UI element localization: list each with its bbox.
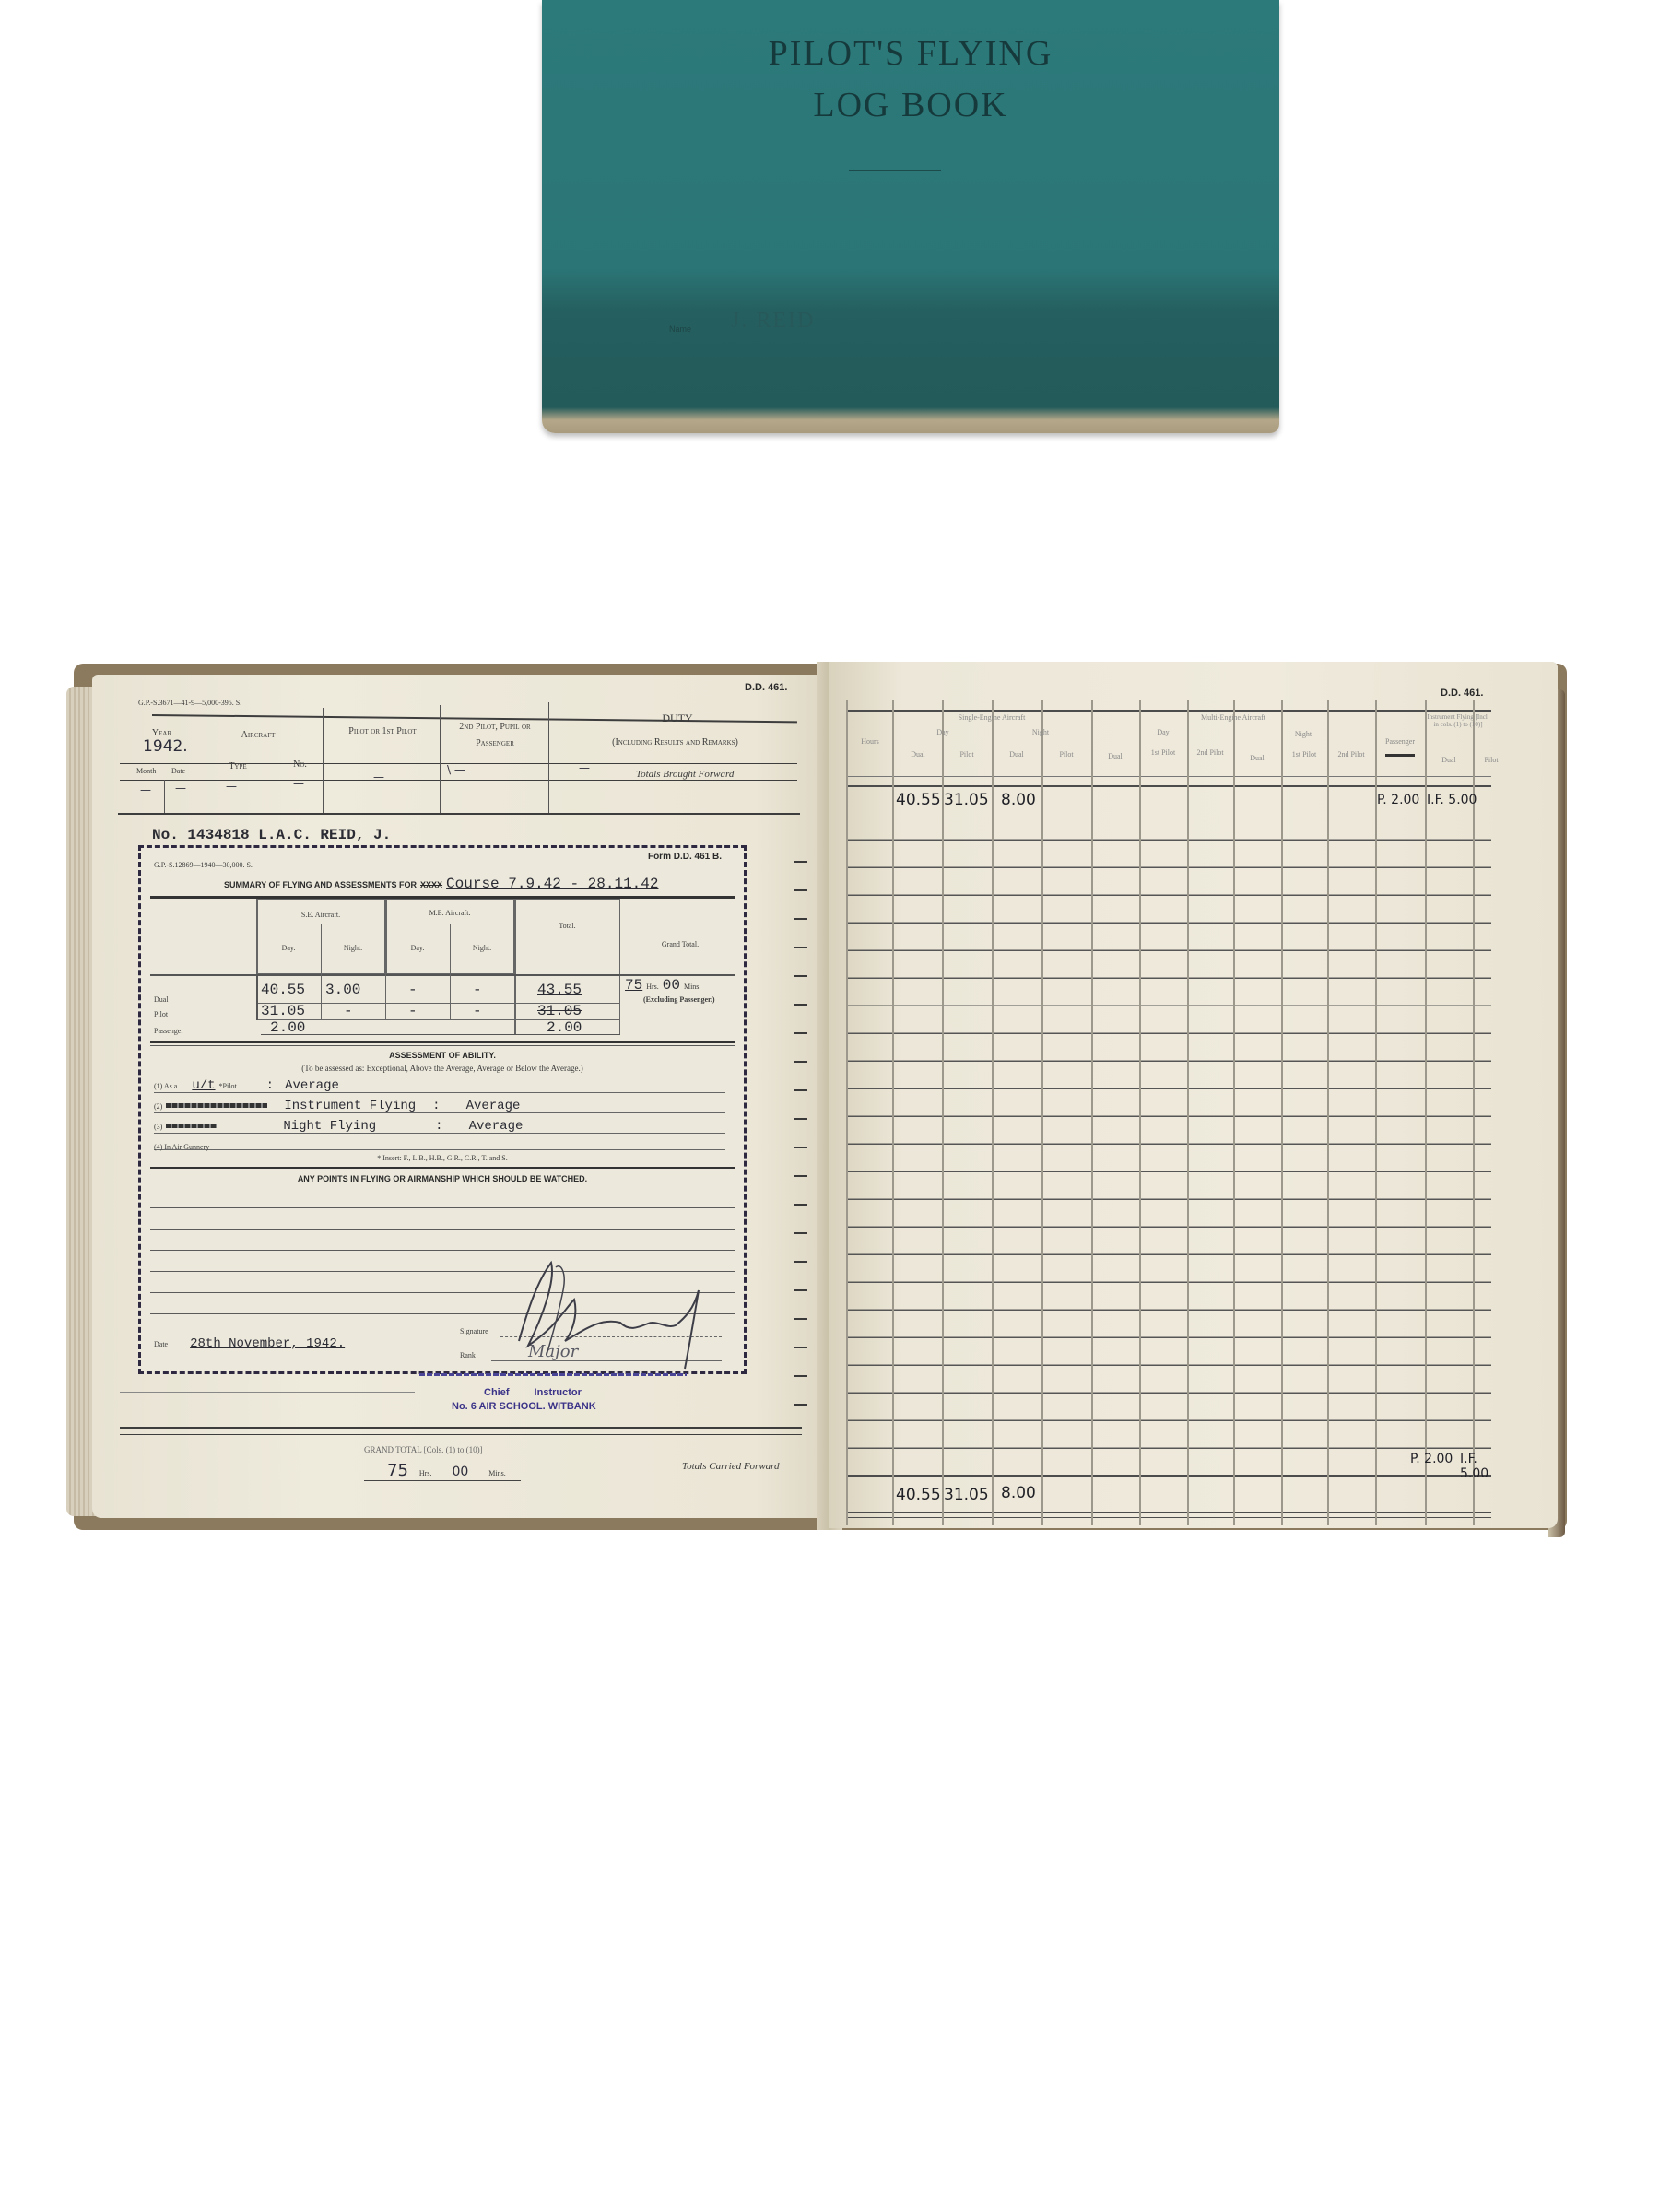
pilot-se-night: - xyxy=(344,1003,353,1019)
margin-ticks xyxy=(794,834,807,1424)
grid-line xyxy=(194,724,194,813)
cf-instrument: I.F. 5.00 xyxy=(1460,1452,1491,1481)
row-duty: — xyxy=(579,761,590,774)
grand-total-note: (Excluding Passenger.) xyxy=(643,995,726,1004)
card-rule xyxy=(150,1250,735,1251)
col-me-night-dual: Dual xyxy=(1233,754,1281,762)
assessment-role: u/t xyxy=(192,1078,215,1093)
grid-line xyxy=(450,974,451,1020)
assessment-role: Night Flying xyxy=(283,1119,376,1134)
grid-line xyxy=(256,974,258,1020)
grid-line xyxy=(1091,700,1093,1525)
pilot-label: Pilot or 1st Pilot xyxy=(332,726,433,736)
cover-name-label: Name xyxy=(669,324,691,334)
card-rule xyxy=(150,974,735,976)
row-type: — xyxy=(226,780,237,793)
stamp-rule xyxy=(419,1373,687,1376)
grid-line xyxy=(942,700,944,1525)
grid-line xyxy=(120,1392,415,1393)
card-rule xyxy=(150,1045,735,1046)
grid-line xyxy=(164,780,165,813)
card-rule xyxy=(150,1229,735,1230)
passenger-underline xyxy=(1385,754,1415,757)
type-label: Type xyxy=(201,761,275,771)
pilot-total: 31.05 xyxy=(537,1003,582,1019)
grid-line xyxy=(323,708,324,813)
grand-total-mins: 00 xyxy=(663,977,680,994)
duty-label: DUTY xyxy=(562,712,793,725)
card-print-code: G.P.-S.12869—1940—30,000. S. xyxy=(154,861,253,869)
se-night-label: Night. xyxy=(321,944,385,952)
grid-line xyxy=(321,974,322,1020)
card-title-line: SUMMARY OF FLYING AND ASSESSMENTS FOR XX… xyxy=(224,876,658,892)
grid-line xyxy=(1233,700,1235,1525)
cf-se-day-pilot: 31.05 xyxy=(944,1486,989,1504)
bf-se-day-pilot: 31.05 xyxy=(944,791,989,809)
assessment-sep: : xyxy=(266,1078,274,1093)
assessment-row-1: (1) As a u/t *Pilot : Average xyxy=(154,1077,725,1093)
right-page-grid: Hours Single-Engine Aircraft Multi-Engin… xyxy=(846,700,1491,1525)
row-passenger-label: Passenger xyxy=(154,1027,183,1035)
left-print-code: G.P.-S.3671—41-9—5,000-395. S. xyxy=(138,699,241,707)
cover-owner-name: J. REID xyxy=(731,309,815,334)
service-number-line: No. 1434818 L.A.C. REID, J. xyxy=(152,827,391,843)
total-label: Total. xyxy=(514,922,620,930)
bf-se-day-dual: 40.55 xyxy=(896,791,941,809)
grand-total-value: 75 Hrs. 00 Mins. xyxy=(625,977,700,994)
month-label: Month xyxy=(136,767,156,775)
year-value: 1942. xyxy=(143,737,188,756)
single-engine-label: Single-Engine Aircraft xyxy=(894,713,1089,722)
second-pilot-label: 2nd Pilot, Pupil or Passenger xyxy=(444,719,546,752)
row-no: — xyxy=(293,777,304,790)
se-night-label: Night xyxy=(992,728,1089,736)
stamp-school: No. 6 AIR SCHOOL. WITBANK xyxy=(452,1401,596,1412)
col-passenger: Passenger xyxy=(1375,737,1425,746)
grid-line xyxy=(120,1434,802,1435)
footer-mins-label: Mins. xyxy=(488,1469,505,1477)
bf-passenger: P. 2.00 xyxy=(1377,793,1419,807)
footer-grand-total: 75 Hrs. 00 Mins. xyxy=(364,1461,521,1481)
grid-line xyxy=(1473,700,1475,1525)
dual-se-day: 40.55 xyxy=(261,982,305,998)
bf-instrument: I.F. 5.00 xyxy=(1427,793,1477,807)
grid-line xyxy=(440,705,441,813)
pilot-se-day: 31.05 xyxy=(261,1003,305,1019)
assessment-num: (3) xyxy=(154,1123,162,1131)
se-day-label: Day xyxy=(894,728,992,736)
row-second-pilot: \ — xyxy=(447,763,465,776)
col-me-night-1st: 1st Pilot xyxy=(1281,750,1327,759)
grid-line xyxy=(1327,700,1329,1525)
col-me-night-2nd: 2nd Pilot xyxy=(1327,750,1375,759)
grid-line xyxy=(1425,700,1427,1525)
dual-se-night: 3.00 xyxy=(325,982,360,998)
grid-line xyxy=(1375,700,1377,1525)
card-rule xyxy=(150,1167,735,1169)
cf-passenger: P. 2.00 xyxy=(1410,1452,1453,1466)
dual-me-night: - xyxy=(473,982,482,998)
pilot-me-night: - xyxy=(473,1003,482,1019)
card-rule xyxy=(150,1207,735,1208)
col-me-day-1st: 1st Pilot xyxy=(1139,748,1187,757)
grid-line xyxy=(1139,700,1141,1525)
pilot-me-day: - xyxy=(408,1003,418,1019)
row-month: — xyxy=(140,783,151,796)
assessment-note: (To be assessed as: Exceptional, Above t… xyxy=(141,1064,744,1073)
cover-title-line1: PILOT'S FLYING xyxy=(542,28,1279,79)
bf-se-night-dual: 8.00 xyxy=(1001,791,1036,809)
card-course: Course 7.9.42 - 28.11.42 xyxy=(446,876,658,892)
card-date: Date 28th November, 1942. xyxy=(154,1335,345,1351)
struck-out-text xyxy=(166,1103,267,1108)
assessment-sep: : xyxy=(435,1119,442,1134)
struck-out-text xyxy=(166,1124,217,1128)
aircraft-no-label: No. xyxy=(279,759,321,770)
assessment-role: Instrument Flying xyxy=(284,1099,416,1113)
grand-total-hrs: 75 xyxy=(625,977,642,994)
signature-icon xyxy=(500,1253,731,1373)
duty-sub-label: (Including Results and Remarks) xyxy=(553,737,797,747)
grid-line xyxy=(548,702,549,813)
assessment-num: (2) xyxy=(154,1102,162,1111)
date-value: 28th November, 1942. xyxy=(190,1336,345,1351)
me-night-label: Night. xyxy=(450,944,514,952)
signature-label: Signature xyxy=(460,1327,488,1335)
grand-total-label: Grand Total. xyxy=(620,940,740,948)
row-pilot-label: Pilot xyxy=(154,1010,168,1018)
logbook-cover: PILOT'S FLYING LOG BOOK Name J. REID xyxy=(542,0,1279,433)
assessment-value: Average xyxy=(469,1119,524,1134)
grid-line xyxy=(1281,700,1283,1525)
assessment-title: ASSESSMENT OF ABILITY. xyxy=(141,1051,744,1060)
grid-line xyxy=(276,747,277,813)
stamp-title: Chief Instructor xyxy=(484,1387,582,1398)
dual-total: 43.55 xyxy=(537,982,582,998)
assessment-value: Average xyxy=(466,1099,521,1113)
aircraft-label: Aircraft xyxy=(198,730,318,740)
col-instr-pilot: Pilot xyxy=(1473,756,1510,764)
footer-mins: 00 xyxy=(452,1465,468,1479)
col-me-day-2nd: 2nd Pilot xyxy=(1187,748,1233,757)
grid-line xyxy=(992,700,994,1525)
assessment-row-3: (3) Night Flying : Average xyxy=(154,1117,725,1134)
watch-title: ANY POINTS IN FLYING OR AIRMANSHIP WHICH… xyxy=(141,1174,744,1183)
grid-line xyxy=(256,924,514,924)
card-title: SUMMARY OF FLYING AND ASSESSMENTS FOR xyxy=(224,880,417,889)
row-pilot: — xyxy=(373,771,384,783)
summary-card: Form D.D. 461 B. G.P.-S.12869—1940—30,00… xyxy=(138,845,747,1374)
cf-se-night-dual: 8.00 xyxy=(1001,1484,1036,1502)
col-me-day-dual: Dual xyxy=(1091,752,1139,760)
grid-line xyxy=(385,974,386,1020)
date-label: Date xyxy=(171,767,185,775)
me-day-label: Day xyxy=(1093,728,1233,736)
me-day-label: Day. xyxy=(385,944,450,952)
cover-divider xyxy=(849,170,941,171)
grid-line xyxy=(1041,700,1043,1525)
col-se-aircraft: S.E. Aircraft. xyxy=(256,911,385,919)
cover-title-line2: LOG BOOK xyxy=(542,79,1279,131)
date-label: Date xyxy=(154,1340,168,1348)
assessment-suffix: *Pilot xyxy=(219,1082,237,1090)
footer-grand-total-label: GRAND TOTAL [Cols. (1) to (10)] xyxy=(364,1445,483,1454)
assessment-sep: : xyxy=(432,1099,440,1113)
col-se-night-pilot: Pilot xyxy=(1041,750,1091,759)
grid-line xyxy=(846,700,848,1525)
assessment-value: Average xyxy=(285,1078,339,1093)
hours-label: Hours xyxy=(848,737,892,746)
row-date: — xyxy=(175,782,186,794)
col-se-night-dual: Dual xyxy=(992,750,1041,759)
card-rule xyxy=(150,1041,735,1043)
header-rule-bottom xyxy=(118,813,800,815)
multi-engine-label: Multi-Engine Aircraft xyxy=(1093,713,1373,722)
grid-line xyxy=(120,1427,802,1429)
assessment-row-4: (4) In Air Gunnery xyxy=(154,1137,725,1150)
dual-me-day: - xyxy=(408,982,418,998)
grid-line xyxy=(261,1034,620,1035)
right-form-id: D.D. 461. xyxy=(1441,688,1483,699)
card-form-ref: Form D.D. 461 B. xyxy=(648,852,722,862)
grand-total-mins-label: Mins. xyxy=(684,982,700,991)
header-rule-sub xyxy=(120,780,797,781)
assessment-row-2: (2) Instrument Flying : Average xyxy=(154,1097,725,1113)
grid-line xyxy=(892,700,894,1525)
totals-brought-forward: Totals Brought Forward xyxy=(636,769,734,780)
col-instr-dual: Dual xyxy=(1425,756,1473,764)
row-dual-label: Dual xyxy=(154,995,169,1004)
footer-hrs: 75 xyxy=(387,1461,408,1480)
footer-hrs-label: Hrs. xyxy=(419,1469,432,1477)
assessment-num: (1) As a xyxy=(154,1082,177,1090)
me-night-label: Night xyxy=(1233,730,1373,738)
col-instrument-flying: Instrument Flying [Incl. in cols. (1) to… xyxy=(1425,713,1491,728)
grand-total-hrs-label: Hrs. xyxy=(646,982,659,991)
col-me-aircraft: M.E. Aircraft. xyxy=(385,909,514,917)
col-se-day-dual: Dual xyxy=(894,750,942,759)
grid-line xyxy=(1187,700,1189,1525)
cf-se-day-dual: 40.55 xyxy=(896,1486,941,1504)
cover-title: PILOT'S FLYING LOG BOOK xyxy=(542,28,1279,131)
se-day-label: Day. xyxy=(256,944,321,952)
card-struck-text: XXXX xyxy=(420,880,442,889)
left-form-id: D.D. 461. xyxy=(745,682,787,693)
assessment-num: (4) In Air Gunnery xyxy=(154,1143,209,1151)
col-se-day-pilot: Pilot xyxy=(942,750,992,759)
insert-note: * Insert: F., L.B., H.B., G.R., C.R., T.… xyxy=(141,1154,744,1162)
rank-label: Rank xyxy=(460,1351,476,1359)
totals-carried-forward: Totals Carried Forward xyxy=(682,1461,780,1472)
